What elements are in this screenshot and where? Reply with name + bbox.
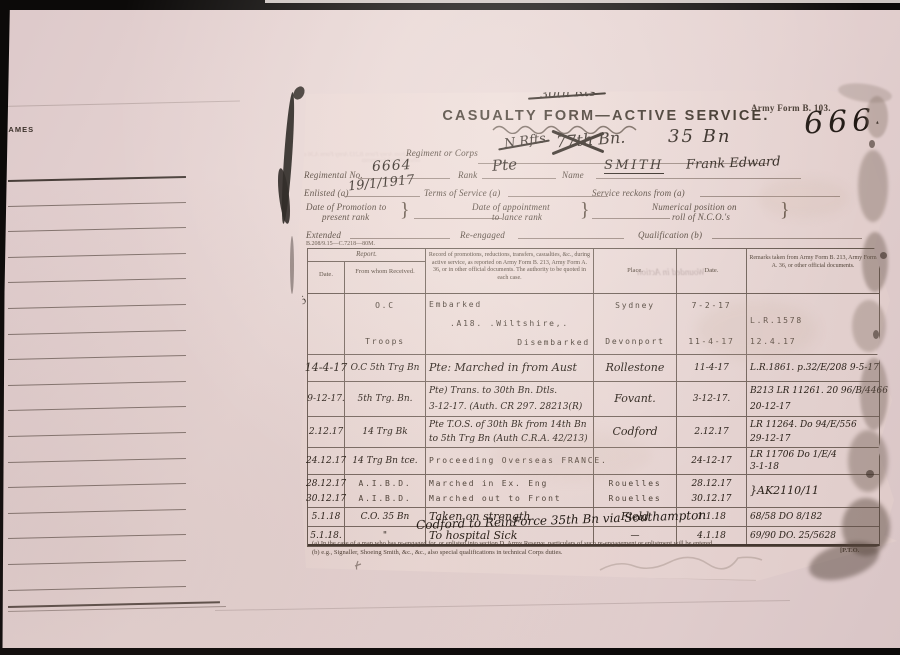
table-cell: Embarked.A18. .Wiltshire,.Disembarked: [426, 294, 594, 354]
regiment-value: 35 Bn: [668, 126, 731, 147]
footnote-b: (b) e.g., Signaller, Shoeing Smith, &c.,…: [312, 549, 562, 556]
table-cell-line: 30.12.17: [691, 494, 731, 504]
name-label: Name: [562, 170, 584, 180]
numerical-label-1: Numerical position on: [652, 202, 737, 212]
torn-right-mottle: [858, 150, 888, 222]
torn-speck: [866, 470, 874, 478]
table-cell-line: Pte) Trans. to 30th Bn. Dtls.: [429, 386, 557, 396]
rank-value: Pte: [491, 155, 517, 175]
table-cell: A.I.B.D.A.I.B.D.: [345, 475, 426, 507]
table-cell-line: —: [631, 531, 640, 541]
table-cell: 28.12.1730.12.17: [677, 475, 747, 507]
name-given: Frank Edward: [686, 154, 781, 172]
reengaged-rule: [518, 238, 624, 239]
torn-speck: [873, 330, 879, 339]
table-cell-line: 14-4-17: [305, 362, 347, 374]
table-row: 28.12.1730.12.17A.I.B.D.A.I.B.D.Marched …: [308, 475, 879, 508]
ghost-wounded-in-action: Wounded in Action: [596, 267, 746, 277]
header-from-whom: From whom Received.: [345, 262, 426, 293]
record-table-header: Report. Date. From whom Received. Record…: [308, 249, 879, 294]
table-cell-line: Marched out to Front: [429, 492, 561, 506]
register-rule-line: [8, 278, 186, 283]
register-rule-line: [8, 330, 186, 335]
table-cell: 24-12-17: [677, 448, 747, 474]
table-cell: 28.12.1730.12.17: [308, 475, 345, 507]
header-date: Date.: [308, 262, 345, 293]
register-rule-line: [8, 586, 186, 591]
qualification-rule: [712, 238, 862, 239]
register-rule-line: [8, 176, 186, 182]
table-cell-line: O.C: [375, 299, 395, 313]
appointment-label-1: Date of appointment: [472, 202, 550, 212]
table-cell: Pte) Trans. to 30th Bn. Dtls.3-12-17. (A…: [426, 382, 594, 416]
table-cell-line: LR 11706 Do 1/E/4: [750, 450, 837, 460]
table-cell-line: Troops: [365, 335, 405, 349]
table-cell-line: 5th Trg. Bn.: [357, 394, 412, 404]
casualty-form-sheet: taken from Army Form B.213 Army Form A.3…: [296, 86, 900, 606]
table-cell: 14 Trg Bn tce.: [345, 448, 426, 474]
stain: [758, 178, 848, 218]
table-cell: 24.12.17: [308, 448, 345, 474]
table-cell: [308, 294, 345, 354]
table-row: 9-12-17.5th Trg. Bn.Pte) Trans. to 30th …: [308, 382, 879, 417]
left-register-page: NAMES: [0, 0, 296, 655]
table-cell: SydneyDevonport: [594, 294, 677, 354]
table-cell-line: O.C 5th Trg Bn: [351, 363, 420, 373]
qualification-label: Qualification (b): [638, 230, 702, 240]
reckons-label: Service reckons from (a): [592, 188, 685, 198]
extended-rule: [350, 238, 450, 239]
promotion-brace: }: [400, 200, 410, 220]
enlisted-label: Enlisted (a): [304, 188, 349, 198]
table-cell-line: 5.1.18: [312, 512, 341, 522]
table-cell: 9-12-17.: [308, 382, 345, 416]
record-table: Report. Date. From whom Received. Record…: [307, 248, 880, 547]
table-cell: Pte: Marched in from Aust: [426, 355, 594, 381]
torn-right-mottle: [862, 232, 888, 292]
register-rule-line: [8, 202, 186, 207]
table-cell-line: L.R.1861. p.32/E/208 9-5-17: [750, 363, 879, 373]
print-code: B.208/9.15—C.7218—80M.: [306, 241, 375, 247]
table-cell: 5.1.18: [308, 508, 345, 526]
enlisted-rule: [344, 196, 420, 197]
pencil-squiggle: [596, 554, 766, 576]
table-cell-line: Pte T.O.S. of 30th Bk from 14th Bn: [429, 420, 587, 430]
name-surname: SMITH: [604, 158, 664, 174]
register-rule-line: [8, 534, 186, 539]
register-rule-line: [8, 560, 186, 565]
promotion-rule: [414, 218, 502, 219]
regiment-label: Regiment or Corps: [406, 148, 478, 158]
table-cell: O.CTroops: [345, 294, 426, 354]
table-cell-line: 24.12.17: [306, 456, 346, 466]
table-cell-line: 24-12-17: [691, 456, 731, 466]
torn-right-mottle: [860, 358, 888, 430]
table-cell-line: 3-12-17. (Auth. CR 297. 28213(R): [429, 402, 582, 412]
torn-right-mottle: [848, 430, 888, 492]
table-cell: 14-4-17: [308, 355, 345, 381]
register-rule-line: [8, 458, 186, 463]
table-cell-line: 3-1-18: [750, 462, 779, 472]
stain: [696, 300, 816, 360]
torn-edge-shadow: [290, 236, 294, 294]
torn-speck: [880, 252, 887, 259]
reengaged-label: Re-engaged: [460, 230, 505, 240]
table-cell: Fovant.: [594, 382, 677, 416]
promotion-label-1: Date of Promotion to: [306, 202, 386, 212]
scanned-document-page: NAMES taken from Army Form B.213 Army Fo…: [0, 0, 900, 655]
table-cell-line: 2.12.17: [694, 427, 728, 437]
table-cell-line: 5.1.18.: [310, 531, 342, 541]
table-row: 14-4-17O.C 5th Trg BnPte: Marched in fro…: [308, 355, 879, 382]
header-remarks: Remarks taken from Army Form B. 213, Arm…: [747, 249, 879, 293]
page-title: CASUALTY FORM—ACTIVE SERVICE.: [406, 108, 806, 124]
table-cell-line: 29-12-17: [750, 434, 790, 444]
table-cell-line: Rouelles: [609, 492, 662, 506]
appointment-brace: }: [580, 200, 590, 220]
table-cell-line: 2.12.17: [309, 427, 343, 437]
register-rule-line: [8, 253, 186, 258]
table-cell-line: 28.12.17: [691, 479, 731, 489]
torn-speck: [869, 140, 875, 148]
stain: [492, 430, 652, 480]
torn-right-mottle: [866, 96, 888, 138]
promotion-label-2: present rank: [322, 212, 369, 222]
table-cell: 5th Trg. Bn.: [345, 382, 426, 416]
table-cell: 3-12-17.: [677, 382, 747, 416]
table-cell: 2.12.17: [677, 417, 747, 447]
register-rule-line: [8, 406, 186, 411]
register-rule-line: [8, 432, 186, 437]
rank-rule: [482, 178, 556, 179]
table-cell: Rollestone: [594, 355, 677, 381]
table-cell-line: Disembarked: [517, 336, 590, 350]
register-rule-line: [8, 227, 186, 232]
table-cell-line: C.O. 35 Bn: [361, 512, 410, 522]
table-cell-line: Rouelles: [609, 477, 662, 491]
register-rule-line: [8, 355, 186, 360]
table-cell-line: 14 Trg Bn tce.: [352, 456, 417, 466]
table-cell-line: 68/58 DO 8/182: [750, 512, 822, 522]
table-cell-line: Rollestone: [606, 362, 665, 374]
scan-edge-bottom: [0, 648, 900, 655]
table-cell-line: 69/90 DO. 25/5628: [750, 531, 836, 541]
table-cell-line: .A18. .Wiltshire,.: [450, 317, 569, 331]
table-cell-line: Sydney: [615, 299, 655, 313]
table-cell-line: Devonport: [605, 335, 665, 349]
table-cell: 14 Trg Bk: [345, 417, 426, 447]
table-cell-line: Marched in Ex. Eng: [429, 477, 548, 491]
table-cell-line: 28.12.17: [306, 479, 346, 489]
name-rule: [596, 178, 801, 179]
table-cell-line: 9-12-17.: [307, 394, 345, 404]
table-cell-line: LR 11264. Do 94/E/556: [750, 420, 857, 430]
register-rule-line: [8, 304, 186, 309]
header-record: Record of promotions, reductions, transf…: [426, 249, 594, 293]
table-cell-line: Pte: Marched in from Aust: [429, 362, 577, 374]
scan-top-sliver: [265, 0, 900, 3]
table-cell: RouellesRouelles: [594, 475, 677, 507]
table-cell: 2.12.17: [308, 417, 345, 447]
register-rule-line: [8, 509, 186, 514]
table-cell-line: 3-12-17.: [693, 394, 731, 404]
table-cell-line: 30.12.17: [306, 494, 346, 504]
table-cell-line: ": [383, 531, 387, 541]
page-bottom-edge-line: [215, 600, 790, 611]
table-cell-line: 20-12-17: [750, 402, 790, 412]
rank-label: Rank: [458, 170, 477, 180]
table-cell: O.C 5th Trg Bn: [345, 355, 426, 381]
numerical-label-2: roll of N.C.O.'s: [672, 212, 730, 222]
torn-right-mottle: [852, 300, 886, 352]
table-cell-line: 4.1.18: [697, 531, 726, 541]
table-cell: 11-4-17: [677, 355, 747, 381]
table-cell-line: 11-4-17: [694, 363, 729, 373]
register-rule-line: [8, 381, 186, 386]
table-cell-line: Embarked: [429, 298, 482, 312]
pencil-mark: [352, 560, 364, 576]
extended-label: Extended: [306, 230, 341, 240]
header-report: Report.: [308, 249, 426, 262]
footnote-a: (a) In the case of a man who has re-enga…: [312, 540, 714, 547]
register-top-line: [0, 101, 240, 107]
table-cell-line: 14 Trg Bk: [362, 427, 407, 437]
table-cell-line: Fovant.: [614, 393, 655, 405]
appointment-rule: [592, 218, 670, 219]
table-cell-line: A.I.B.D.: [359, 492, 412, 506]
register-rule-line: [8, 483, 186, 488]
table-cell-line: }AK2110/11: [750, 485, 819, 497]
terms-label: Terms of Service (a): [424, 188, 500, 198]
table-cell: C.O. 35 Bn: [345, 508, 426, 526]
appointment-label-2: to lance rank: [492, 212, 542, 222]
table-cell-line: A.I.B.D.: [359, 477, 412, 491]
